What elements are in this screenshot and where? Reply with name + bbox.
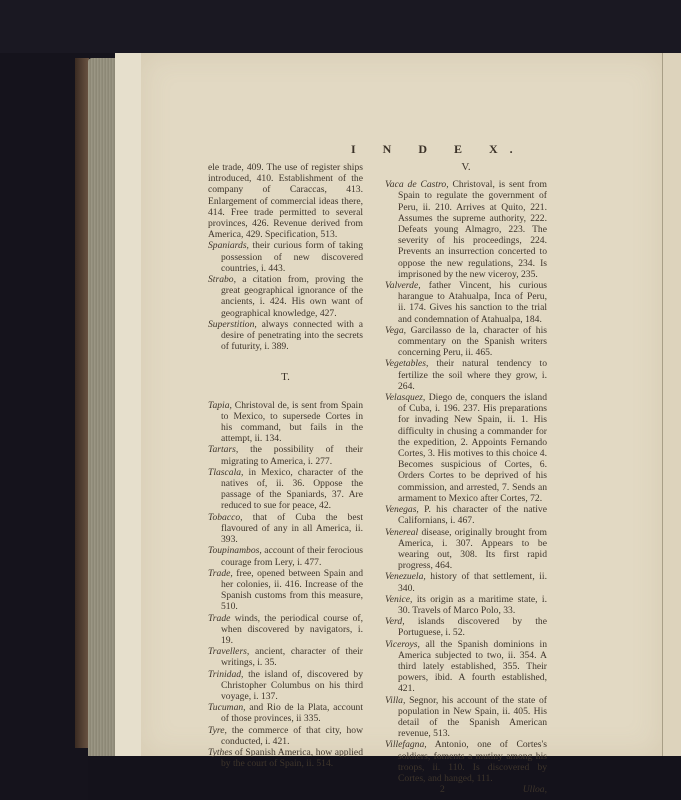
- index-entry: Venice, its origin as a maritime state, …: [385, 594, 547, 616]
- index-entry: Tythes of Spanish America, how applied b…: [208, 747, 363, 769]
- index-entry: Trade, free, opened between Spain and he…: [208, 568, 363, 613]
- index-entry: Villefagna, Antonio, one of Cortes's sol…: [385, 739, 547, 784]
- index-entry: Superstition, always connected with a de…: [208, 319, 363, 353]
- next-leaf-edge: [662, 53, 681, 756]
- index-entry: Venegas, P. his character of the native …: [385, 504, 547, 526]
- index-entry: Toupinambos, account of their ferocious …: [208, 545, 363, 567]
- index-entry: Venezuela, history of that settlement, i…: [385, 571, 547, 593]
- left-column: ele trade, 409. The use of register ship…: [208, 162, 363, 769]
- index-entry: Vega, Garcilasso de la, character of his…: [385, 325, 547, 359]
- index-entry: Trade winds, the periodical course of, w…: [208, 613, 363, 647]
- index-entry: Tartars, the possibility of their migrat…: [208, 444, 363, 466]
- index-entry: Valverde, father Vincent, his curious ha…: [385, 280, 547, 325]
- index-entry: Venereal disease, originally brought fro…: [385, 527, 547, 572]
- right-column: V. Vaca de Castro, Christoval, is sent f…: [385, 162, 547, 795]
- index-entry: Tapia, Christoval de, is sent from Spain…: [208, 400, 363, 445]
- index-entry: Villa, Segnor, his account of the state …: [385, 695, 547, 740]
- index-entry: Strabo, a citation from, proving the gre…: [208, 274, 363, 319]
- index-entry: Trinidad, the island of, discovered by C…: [208, 669, 363, 703]
- index-entry: Velasquez, Diego de, conquers the island…: [385, 392, 547, 504]
- index-entry: Travellers, ancient, character of their …: [208, 646, 363, 668]
- section-heading-t: T.: [208, 372, 363, 383]
- page-footer: 2 Ulloa,: [385, 784, 547, 795]
- inner-leaf-margin: [115, 53, 142, 756]
- index-entry: Tlascala, in Mexico, character of the na…: [208, 467, 363, 512]
- background-top: [0, 0, 681, 53]
- index-entry: Tobacco, that of Cuba the best flavoured…: [208, 512, 363, 546]
- page-block-edge: [88, 58, 118, 758]
- index-entry: Spaniards, their curious form of taking …: [208, 240, 363, 274]
- index-entry: Verd, islands discovered by the Portugue…: [385, 616, 547, 638]
- index-entry: Tyre, the commerce of that city, how con…: [208, 725, 363, 747]
- index-entry: Vaca de Castro, Christoval, is sent from…: [385, 179, 547, 280]
- signature-mark: 2: [385, 784, 445, 795]
- index-entry: Viceroys, all the Spanish dominions in A…: [385, 639, 547, 695]
- index-entry: Tucuman, and Rio de la Plata, account of…: [208, 702, 363, 724]
- section-heading-v: V.: [385, 162, 547, 173]
- running-header: I N D E X.: [351, 142, 525, 157]
- catchword: Ulloa,: [523, 784, 547, 795]
- continued-entry: ele trade, 409. The use of register ship…: [208, 162, 363, 240]
- index-entry: Vegetables, their natural tendency to fe…: [385, 358, 547, 392]
- book-cover-edge: [75, 58, 89, 748]
